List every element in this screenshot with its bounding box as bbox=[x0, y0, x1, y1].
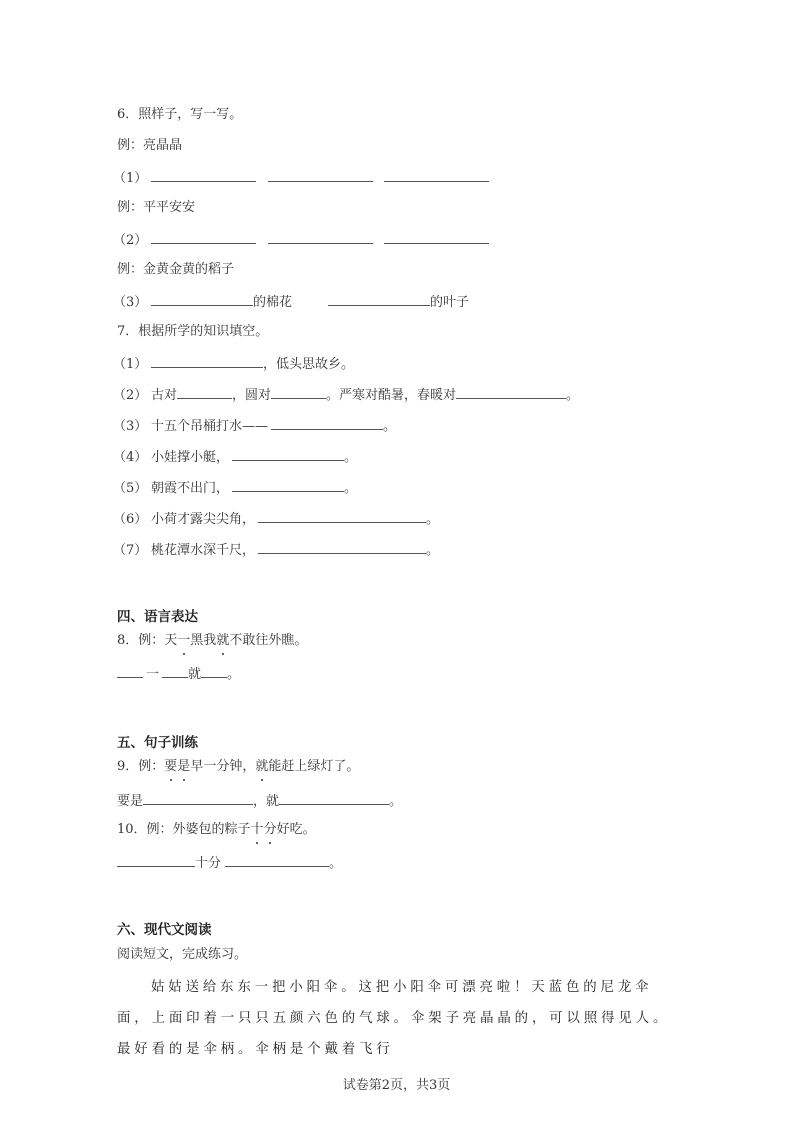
answer-blank[interactable] bbox=[268, 230, 373, 244]
q8-text: 不敢往外瞧。 bbox=[229, 633, 307, 648]
answer-blank[interactable] bbox=[151, 292, 253, 306]
item-text: 。 bbox=[344, 481, 357, 496]
q8-text: 就 bbox=[188, 667, 201, 682]
item-label: （4） bbox=[113, 449, 151, 467]
answer-blank[interactable] bbox=[328, 292, 430, 306]
q9-answer: 要是，就。 bbox=[117, 791, 402, 811]
q7-item-5: （5）朝霞不出门，。 bbox=[117, 478, 357, 498]
answer-blank[interactable] bbox=[151, 230, 256, 244]
item-text: 十五个吊桶打水—— bbox=[151, 419, 268, 434]
item-label: （3） bbox=[113, 418, 151, 436]
q9-text: ，就 bbox=[253, 794, 279, 809]
item-text: 。 bbox=[426, 543, 439, 558]
item-text: ，低头思故乡。 bbox=[263, 357, 354, 372]
item-text: 。 bbox=[383, 419, 396, 434]
answer-blank[interactable] bbox=[201, 664, 227, 678]
section-heading-4: 四、语言表达 bbox=[117, 608, 198, 626]
item-text: 。 bbox=[344, 450, 357, 465]
item-label: （5） bbox=[113, 480, 151, 498]
answer-blank[interactable] bbox=[258, 540, 426, 554]
q7-item-1: （1），低头思故乡。 bbox=[117, 354, 354, 374]
section-heading-5: 五、句子训练 bbox=[117, 734, 198, 752]
q8-text: 黑我 bbox=[190, 633, 216, 648]
q8-text: 8．例：天 bbox=[117, 633, 177, 648]
emphasis-dot-char: 一 bbox=[177, 632, 190, 650]
q10-text: 10．例：外婆包的粽子 bbox=[117, 822, 251, 837]
item-text: 。 bbox=[566, 388, 579, 403]
q7-item-4: （4）小娃撑小艇，。 bbox=[117, 447, 357, 467]
q6-item3-suffix-a: 的棉花 bbox=[253, 295, 292, 310]
q8-text: 一 bbox=[146, 667, 159, 682]
q10-text: 。 bbox=[329, 856, 342, 871]
emphasis-dot-char: 十 bbox=[251, 821, 264, 839]
answer-blank[interactable] bbox=[232, 447, 344, 461]
emphasis-dot-char: 分 bbox=[264, 821, 277, 839]
answer-blank[interactable] bbox=[151, 168, 256, 182]
answer-blank[interactable] bbox=[258, 509, 426, 523]
item-label: （1） bbox=[113, 356, 151, 374]
q6-example-1: 例：亮晶晶 bbox=[117, 137, 182, 155]
q6-item3-suffix-b: 的叶子 bbox=[430, 295, 469, 310]
q9-text: 能赶上绿灯了。 bbox=[268, 759, 359, 774]
emphasis-dot-char: 是 bbox=[177, 758, 190, 776]
emphasis-dot-char: 就 bbox=[255, 758, 268, 776]
q9-text: 要是 bbox=[117, 794, 143, 809]
q8-answer: 一就。 bbox=[117, 664, 240, 684]
answer-blank[interactable] bbox=[117, 853, 195, 867]
q7-item-6: （6）小荷才露尖尖角，。 bbox=[117, 509, 439, 529]
q6-item1-label: （1） bbox=[113, 170, 151, 188]
answer-blank[interactable] bbox=[232, 478, 344, 492]
q10-answer: 十分。 bbox=[117, 853, 342, 873]
page-footer: 试卷第2页，共3页 bbox=[0, 1074, 793, 1093]
answer-blank[interactable] bbox=[225, 853, 329, 867]
q6-item-3: （3）的棉花的叶子 bbox=[117, 292, 469, 312]
answer-blank[interactable] bbox=[271, 416, 383, 430]
q6-item-2: （2） bbox=[117, 230, 489, 250]
q10-text: 十分 bbox=[195, 856, 221, 871]
q7-title: 7．根据所学的知识填空。 bbox=[117, 323, 268, 341]
reading-instruction: 阅读短文，完成练习。 bbox=[117, 946, 247, 964]
q7-item-3: （3）十五个吊桶打水——。 bbox=[117, 416, 396, 436]
item-text: 小荷才露尖尖角， bbox=[151, 512, 255, 527]
answer-blank[interactable] bbox=[384, 168, 489, 182]
item-text: 。严寒对酷暑，春暖对 bbox=[326, 388, 456, 403]
item-text: 桃花潭水深千尺， bbox=[151, 543, 255, 558]
answer-blank[interactable] bbox=[151, 354, 263, 368]
item-label: （6） bbox=[113, 511, 151, 529]
q6-item-1: （1） bbox=[117, 168, 489, 188]
q6-example-2: 例：平平安安 bbox=[117, 199, 195, 217]
answer-blank[interactable] bbox=[117, 664, 143, 678]
q9-example: 9．例：要是早一分钟，就能赶上绿灯了。 bbox=[117, 758, 359, 776]
q6-title: 6．照样子，写一写。 bbox=[117, 106, 242, 124]
answer-blank[interactable] bbox=[279, 791, 389, 805]
q6-example-3: 例：金黄金黄的稻子 bbox=[117, 261, 234, 279]
answer-blank[interactable] bbox=[271, 385, 326, 399]
q7-item-7: （7）桃花潭水深千尺，。 bbox=[117, 540, 439, 560]
item-text: 。 bbox=[426, 512, 439, 527]
q9-text: 9．例： bbox=[117, 759, 164, 774]
emphasis-dot-char: 要 bbox=[164, 758, 177, 776]
answer-blank[interactable] bbox=[162, 664, 188, 678]
item-text: ，圆对 bbox=[232, 388, 271, 403]
answer-blank[interactable] bbox=[143, 791, 253, 805]
q8-example: 8．例：天一黑我就不敢往外瞧。 bbox=[117, 632, 307, 650]
q9-text: 早一分钟， bbox=[190, 759, 255, 774]
item-text: 朝霞不出门， bbox=[151, 481, 229, 496]
item-text: 古对 bbox=[151, 388, 177, 403]
reading-passage: 姑姑送给东东一把小阳伞。这把小阳伞可漂亮啦！天蓝色的尼龙伞面，上面印着一只只五颜… bbox=[117, 972, 673, 1065]
answer-blank[interactable] bbox=[268, 168, 373, 182]
q10-example: 10．例：外婆包的粽子十分好吃。 bbox=[117, 821, 316, 839]
item-text: 小娃撑小艇， bbox=[151, 450, 229, 465]
q9-text: 。 bbox=[389, 794, 402, 809]
answer-blank[interactable] bbox=[177, 385, 232, 399]
emphasis-dot-char: 就 bbox=[216, 632, 229, 650]
q8-text: 。 bbox=[227, 667, 240, 682]
q6-item2-label: （2） bbox=[113, 232, 151, 250]
answer-blank[interactable] bbox=[456, 385, 566, 399]
item-label: （7） bbox=[113, 542, 151, 560]
answer-blank[interactable] bbox=[384, 230, 489, 244]
q6-item3-label: （3） bbox=[113, 294, 151, 312]
q10-text: 好吃。 bbox=[277, 822, 316, 837]
section-heading-6: 六、现代文阅读 bbox=[117, 921, 212, 939]
q7-item-2: （2）古对，圆对。严寒对酷暑，春暖对。 bbox=[117, 385, 579, 405]
item-label: （2） bbox=[113, 387, 151, 405]
